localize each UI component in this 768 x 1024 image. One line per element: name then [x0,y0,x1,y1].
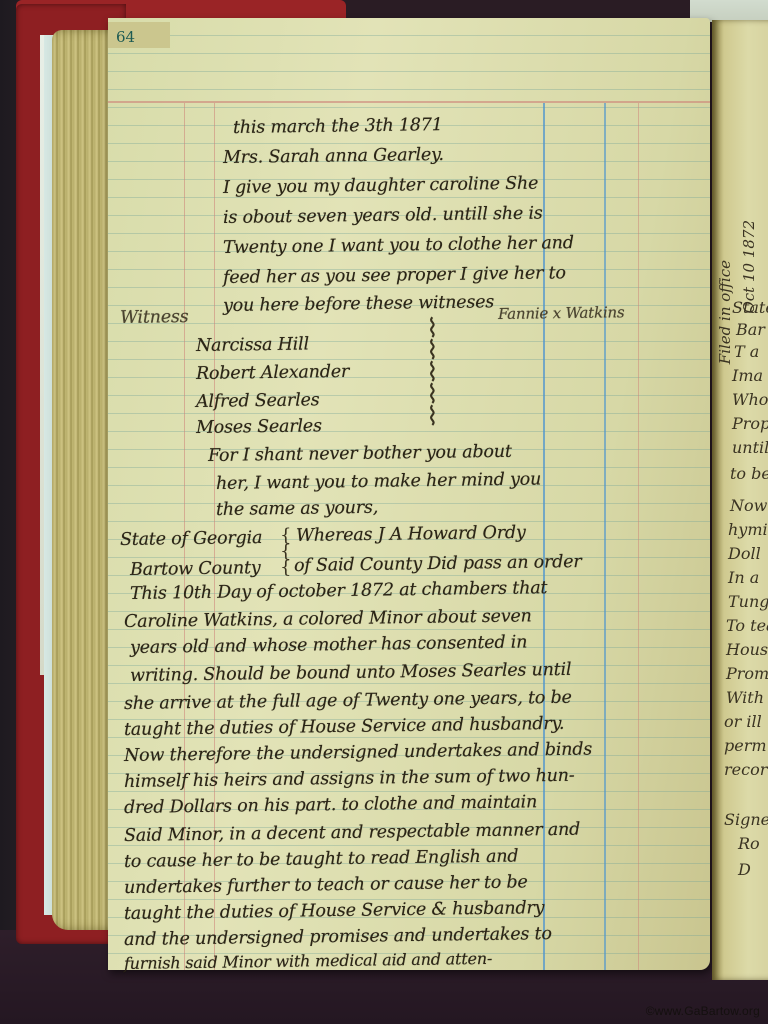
facing-page-fragment: Prop [732,414,768,433]
witness-name: Moses Searles [196,416,322,438]
facing-page-fragment: T a [734,342,759,361]
county-brace: {{{ [280,528,291,576]
facing-page-fragment: hymi [728,520,768,539]
agreement-line: feed her as you see proper I give her to [223,263,566,288]
order-line: Caroline Watkins, a colored Minor about … [124,606,532,632]
order-line: years old and whose mother has consented… [130,632,527,658]
facing-page-fragment: perm [724,736,767,755]
facing-page-fragment: Ima [732,366,763,385]
facing-page-fragment: House [726,640,768,659]
facing-page-fragment: or ill [724,712,762,731]
agreement-line: Twenty one I want you to clothe her and [223,233,574,258]
facing-page-fragment: In a [728,568,759,587]
order-line: Whereas J A Howard Ordy [296,523,526,546]
facing-page-fragment: Who [732,390,768,409]
witness-name: Alfred Searles [196,390,320,412]
facing-page: State Bar T a Ima Who Prop until to be N… [712,20,768,980]
facing-page-fragment: Now [730,496,767,515]
facing-page-fragment: to be [730,464,768,483]
agreement-line: Mrs. Sarah anna Gearley. [223,145,444,168]
order-line: she arrive at the full age of Twenty one… [124,688,572,714]
witness-name: Robert Alexander [196,362,349,384]
witness-brace: ⌇⌇⌇⌇⌇ [426,318,439,428]
facing-page-fragment: recor [724,760,767,779]
postscript-line: her, I want you to make her mind you [216,469,541,494]
filed-date: Oct 10 1872 [740,220,758,314]
order-line: and the undersigned promises and underta… [124,924,552,950]
order-line: of Said County Did pass an order [294,552,582,576]
witness-name: Narcissa Hill [196,334,309,356]
order-line: taught the duties of House Service & hus… [124,898,545,924]
facing-page-fragment: Doll [728,544,761,563]
order-line: Now therefore the undersigned undertakes… [124,739,592,766]
filed-note: Filed in office [716,260,734,364]
ledger-page: 64 this march the 3th 1871 Mrs. Sarah an… [108,18,710,970]
agreement-line: this march the 3th 1871 [233,115,443,138]
order-line: furnish said Minor with medical aid and … [124,949,492,973]
order-heading: Bartow County [130,558,261,580]
order-heading: State of Georgia [120,528,263,550]
facing-page-fragment: To tea [726,616,768,635]
column-rule-red [638,103,639,970]
facing-page-fragment: Promi [726,664,768,683]
page-number: 64 [116,28,135,46]
column-rule-blue [604,103,606,970]
order-line: taught the duties of House Service and h… [124,714,565,740]
facing-page-fragment: Bar [736,320,765,339]
order-line: to cause her to be taught to read Englis… [124,846,519,872]
facing-page-fragment: Signe [724,810,768,829]
postscript-line: For I shant never bother you about [208,442,512,466]
order-line: undertakes further to teach or cause her… [124,872,528,898]
agreement-line: I give you my daughter caroline She [223,174,538,198]
agreement-line: you here before these witneses [223,292,494,316]
order-line: himself his heirs and assigns in the sum… [124,766,575,792]
facing-page-fragment: Tung [728,592,768,611]
facing-page-fragment: With [726,688,764,707]
witness-label: Witness [120,307,189,328]
mark-signature: Fannie x Watkins [498,303,625,323]
facing-page-fragment: until [732,438,768,457]
header-rule [108,101,710,103]
watermark: ©www.GaBartow.org [646,1004,760,1018]
facing-page-fragment: Ro [738,834,760,853]
postscript-line: the same as yours, [216,498,378,520]
facing-page-fragment: D [738,860,751,879]
order-line: writing. Should be bound unto Moses Sear… [130,660,572,686]
agreement-line: is obout seven years old. untill she is [223,204,543,228]
page-number-tab: 64 [108,22,170,48]
order-line: dred Dollars on his part. to clothe and … [124,792,537,818]
order-line: This 10th Day of october 1872 at chamber… [130,578,548,604]
order-line: Said Minor, in a decent and respectable … [124,820,580,846]
